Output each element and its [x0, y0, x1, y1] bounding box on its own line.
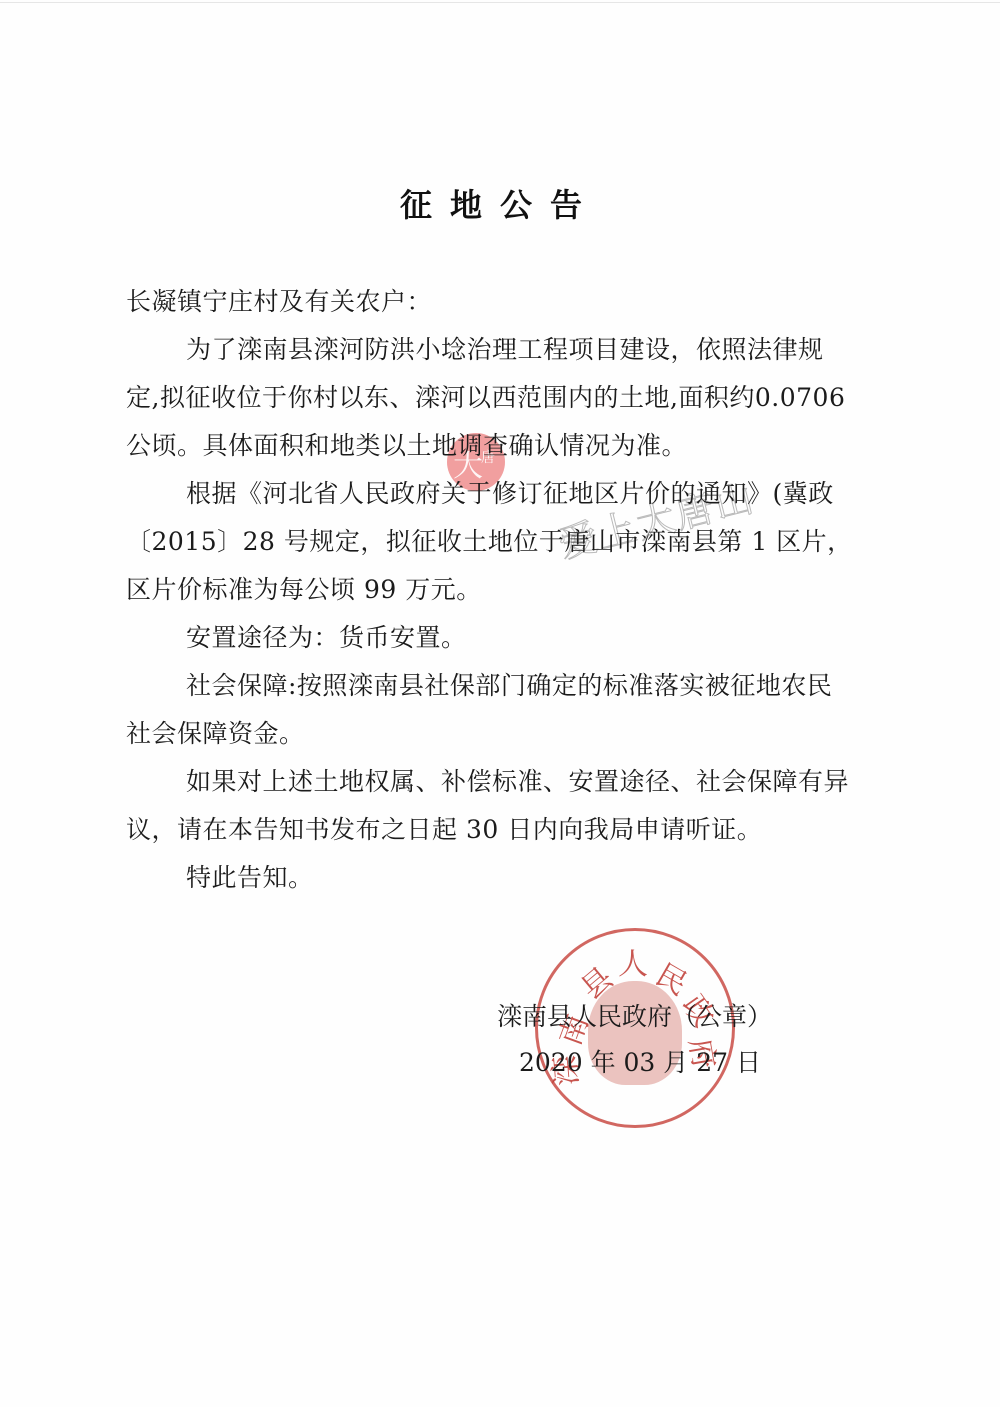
paragraph-line: 议，请在本告知书发布之日起 30 日内向我局申请听证。 [126, 815, 886, 845]
document-page: 大 唐 爱上大唐山 县 人 民 政 府 滦 南 征地公告 长凝镇宁庄村及有关农户… [0, 0, 1000, 1407]
paragraph-line: 特此告知。 [186, 863, 946, 893]
paragraph-line: 安置途径为：货币安置。 [186, 623, 946, 653]
issuer-signature: 滦南县人民政府（公章） [497, 1002, 772, 1032]
paragraph-line: 社会保障资金。 [126, 719, 886, 749]
text-layer: 征地公告 长凝镇宁庄村及有关农户： 为了滦南县滦河防洪小埝治理工程项目建设，依照… [0, 0, 1000, 1407]
paragraph-line: 公顷。具体面积和地类以土地调查确认情况为准。 [126, 431, 886, 461]
paragraph-line: 社会保障:按照滦南县社保部门确定的标准落实被征地农民 [186, 671, 946, 701]
paragraph-line: 为了滦南县滦河防洪小埝治理工程项目建设，依照法律规 [186, 335, 946, 365]
paragraph-line: 根据《河北省人民政府关于修订征地区片价的通知》(冀政 [186, 479, 946, 509]
paragraph-line: 区片价标准为每公顷 99 万元。 [126, 575, 886, 605]
paragraph-line: 〔2015〕28 号规定，拟征收土地位于唐山市滦南县第 1 区片， [126, 527, 886, 557]
addressee: 长凝镇宁庄村及有关农户： [126, 287, 886, 317]
document-title: 征地公告 [0, 180, 1000, 226]
issue-date: 2020 年 03 月 27 日 [519, 1048, 761, 1078]
paragraph-line: 定,拟征收位于你村以东、滦河以西范围内的土地,面积约0.0706 [126, 383, 886, 413]
paragraph-line: 如果对上述土地权属、补偿标准、安置途径、社会保障有异 [186, 767, 946, 797]
